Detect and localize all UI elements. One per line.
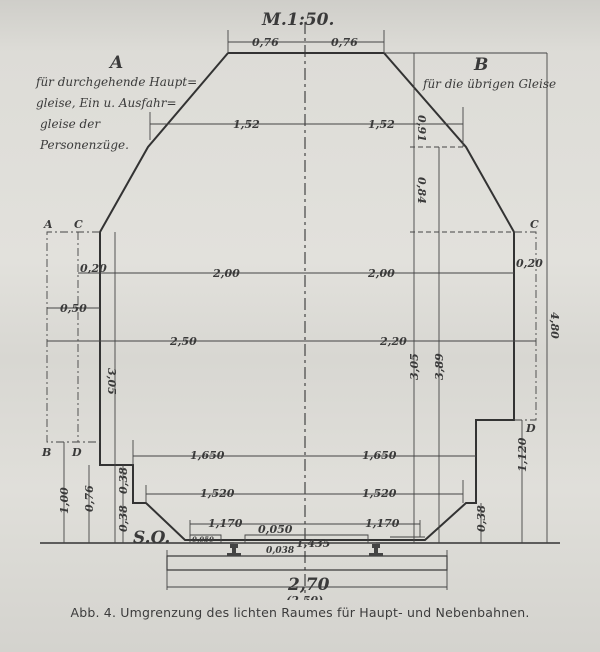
dim-label: 0,38	[117, 467, 130, 494]
dim-label: 1,170	[208, 517, 243, 530]
dim-label: 2,70	[287, 575, 330, 595]
profile-b-letter: B	[473, 55, 488, 75]
figure-page: M.1:50. 0,76 0,76 A für durchgehende Hau…	[0, 0, 600, 652]
point-label-d: D	[71, 446, 82, 459]
profile-a-desc-line: Personenzüge.	[39, 138, 129, 152]
dim-label: 0,50	[60, 302, 87, 315]
dim-label: 0,38	[117, 505, 130, 532]
clearance-profile-diagram: M.1:50. 0,76 0,76 A für durchgehende Hau…	[0, 0, 600, 600]
dim-label: 4,80	[548, 312, 561, 339]
sleeper	[167, 556, 447, 570]
dim-label: 1,00	[58, 487, 71, 514]
dim-label: 1,520	[200, 487, 235, 500]
dim-label: 3,05	[105, 368, 118, 395]
dim-label: 2,20	[379, 335, 407, 348]
dim-label: 2,50	[169, 335, 197, 348]
dim-label: 1,520	[362, 487, 397, 500]
dim-label: 1,650	[190, 449, 225, 462]
dim-label: 1,120	[516, 437, 529, 472]
dim-label: 3,89	[433, 353, 446, 380]
dim-label: 0,76	[252, 36, 279, 49]
dim-label: 1,52	[368, 118, 395, 131]
dim-label: 0,050	[192, 535, 214, 544]
point-label-d: D	[525, 422, 536, 435]
point-label-c: C	[74, 218, 83, 231]
figure-caption: Abb. 4. Umgrenzung des lichten Raumes fü…	[0, 605, 600, 620]
rail-left	[227, 544, 241, 556]
dim-label: 1,170	[365, 517, 400, 530]
dim-label: 0,84	[415, 177, 428, 204]
profile-a-desc-line: gleise der	[40, 117, 101, 131]
dim-label: 1,650	[362, 449, 397, 462]
dim-label: 0,76	[83, 485, 96, 512]
dim-label: 0,050	[258, 523, 293, 536]
dim-label: 1,435	[296, 537, 330, 550]
dim-label: 0,038	[266, 546, 295, 556]
point-label-b: B	[41, 446, 51, 459]
rail-top-label: S.O.	[133, 528, 170, 548]
profile-a-desc-line: für durchgehende Haupt=	[35, 75, 197, 89]
point-label-a: A	[43, 218, 53, 231]
dim-label: 0,20	[516, 257, 543, 270]
profile-a-letter: A	[108, 53, 123, 73]
point-label-c: C	[530, 218, 539, 231]
dim-label: 3,05	[408, 353, 421, 380]
scale-label: M.1:50.	[261, 10, 334, 30]
dim-label: 0,91	[415, 115, 428, 142]
dim-label: 1,52	[233, 118, 260, 131]
dim-label: (2,50)	[286, 594, 323, 600]
dim-label: 0,38	[475, 505, 488, 532]
profile-b-desc: für die übrigen Gleise	[422, 77, 556, 91]
dim-label: 0,76	[331, 36, 358, 49]
dim-label: 2,00	[367, 267, 395, 280]
profile-a-desc-line: gleise, Ein u. Ausfahr=	[36, 96, 177, 110]
dim-label: 2,00	[212, 267, 240, 280]
clearance-profile-outline	[100, 53, 514, 540]
rail-right	[369, 544, 383, 556]
dim-label: 0,20	[80, 262, 107, 275]
